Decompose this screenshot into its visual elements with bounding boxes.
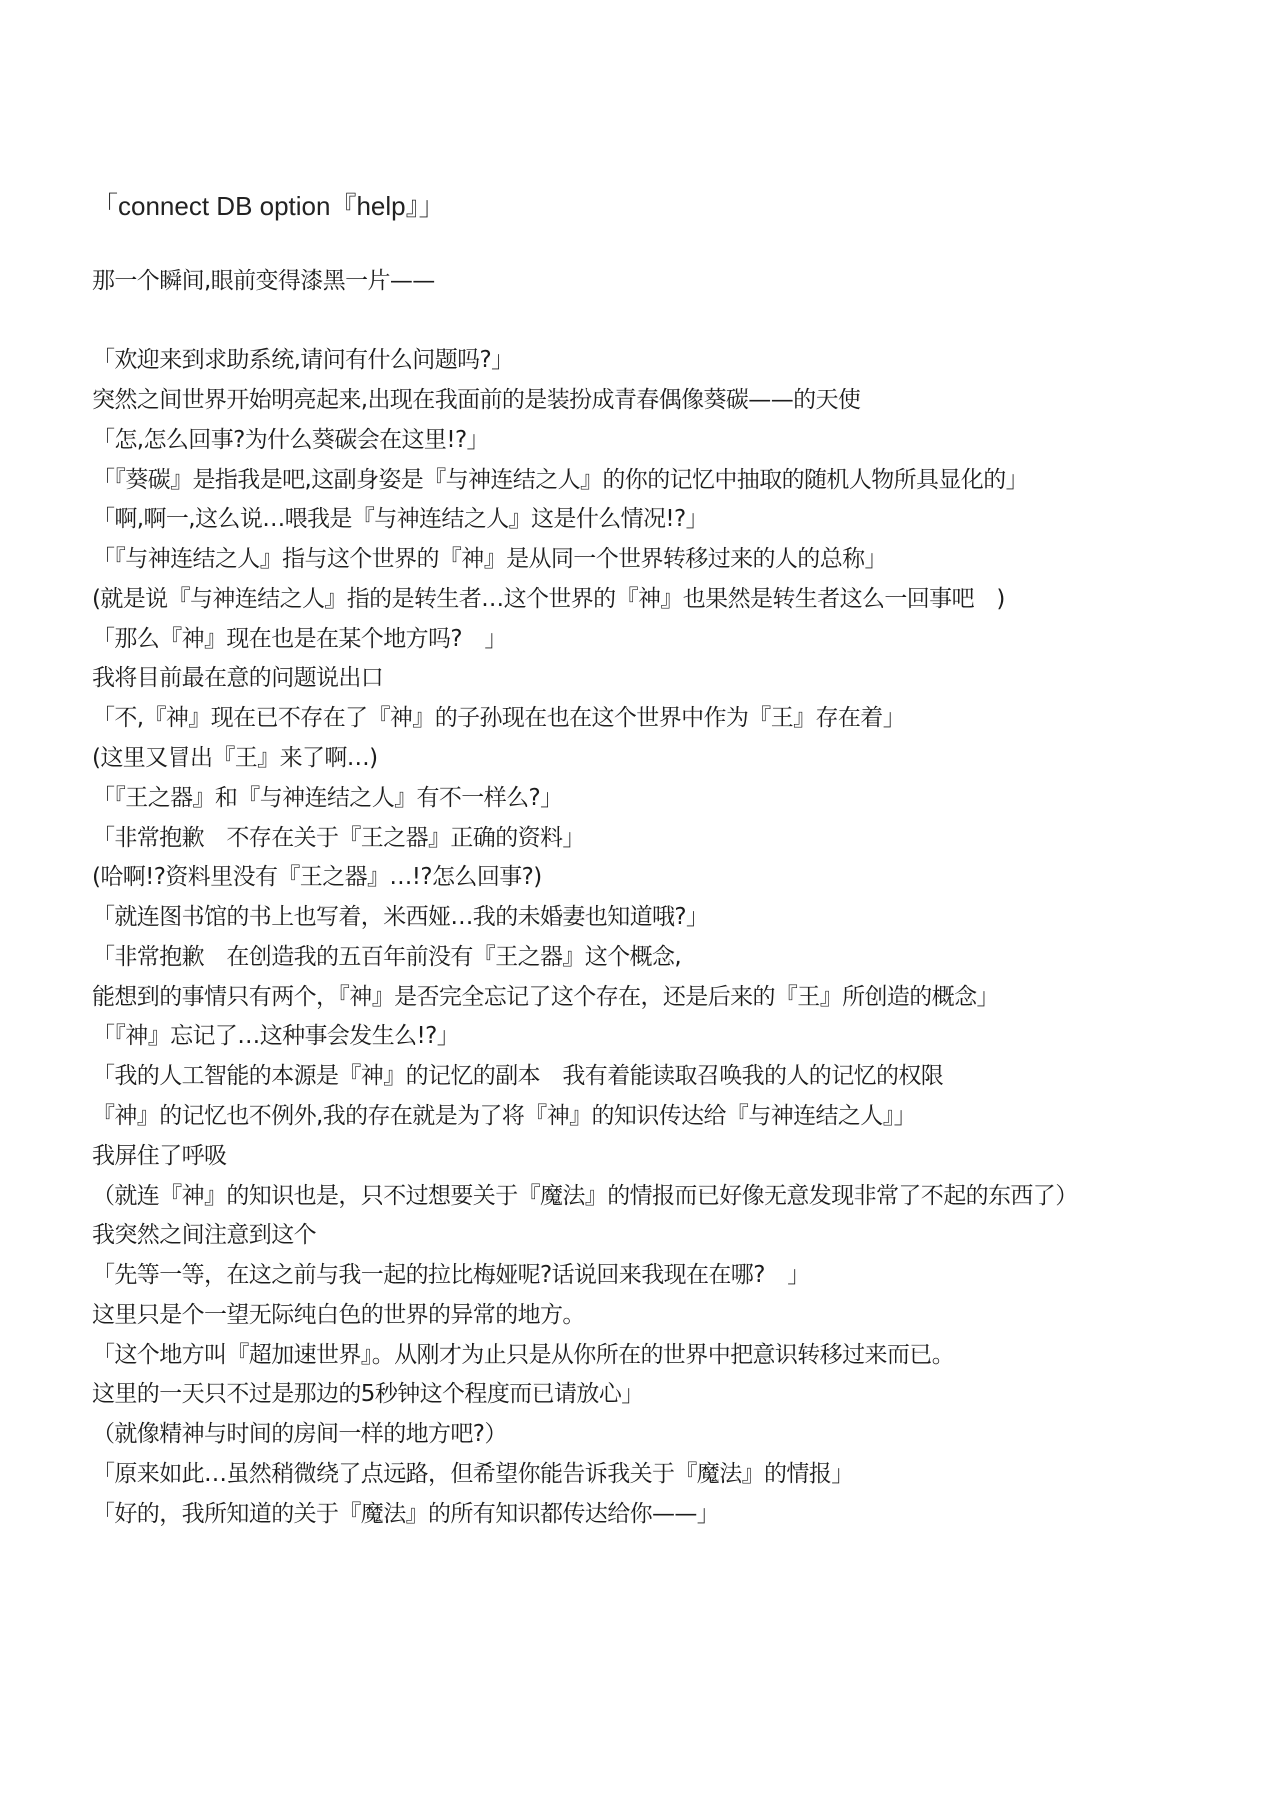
text-line: 「原来如此…虽然稍微绕了点远路，但希望你能告诉我关于『魔法』的情报」 (92, 1459, 854, 1489)
text-line: 「我的人工智能的本源是『神』的记忆的副本 我有着能读取召唤我的人的记忆的权限 (92, 1061, 943, 1091)
text-line: 「『与神连结之人』指与这个世界的『神』是从同一个世界转移过来的人的总称」 (92, 544, 887, 574)
text-line: 「好的，我所知道的关于『魔法』的所有知识都传达给你——」 (92, 1499, 719, 1529)
text-line: 这里的一天只不过是那边的5秒钟这个程度而已请放心」 (92, 1379, 644, 1409)
heading-line: 「connect DB option『help』」 (92, 191, 445, 221)
text-line: 「『葵碳』是指我是吧,这副身姿是『与神连结之人』的你的记忆中抽取的随机人物所具显… (92, 465, 1028, 495)
text-line: 「啊,啊一,这么说…喂我是『与神连结之人』这是什么情况!?」 (92, 504, 708, 534)
text-line: 「这个地方叫『超加速世界』。从刚才为止只是从你所在的世界中把意识转移过来而已。 (92, 1340, 954, 1370)
text-line: （就连『神』的知识也是，只不过想要关于『魔法』的情报而已好像无意发现非常了不起的… (92, 1181, 1078, 1211)
text-line: 我屏住了呼吸 (92, 1141, 226, 1171)
text-line: 突然之间世界开始明亮起来,出现在我面前的是装扮成青春偶像葵碳——的天使 (92, 385, 860, 415)
text-line: 我将目前最在意的问题说出口 (92, 663, 383, 693)
text-line: 「那么『神』现在也是在某个地方吗? 」 (92, 624, 507, 654)
intro-line: 那一个瞬间,眼前变得漆黑一片—— (92, 266, 435, 296)
text-line: 「不,『神』现在已不存在了『神』的子孙现在也在这个世界中作为『王』存在着」 (92, 703, 905, 733)
text-line: 「先等一等，在这之前与我一起的拉比梅娅呢?话说回来我现在在哪? 」 (92, 1260, 810, 1290)
text-line: 「非常抱歉 不存在关于『王之器』正确的资料」 (92, 823, 585, 853)
text-line: 我突然之间注意到这个 (92, 1220, 316, 1250)
text-line: （就像精神与时间的房间一样的地方吧?） (92, 1419, 507, 1449)
text-line: 「欢迎来到求助系统,请问有什么问题吗?」 (92, 345, 514, 375)
text-line: 能想到的事情只有两个，『神』是否完全忘记了这个存在，还是后来的『王』所创造的概念… (92, 982, 999, 1012)
text-line: (哈啊!?资料里没有『王之器』…!?怎么回事?) (92, 862, 542, 892)
text-line: 「非常抱歉 在创造我的五百年前没有『王之器』这个概念, (92, 942, 681, 972)
text-line: 「『王之器』和『与神连结之人』有不一样么?」 (92, 783, 563, 813)
text-line: (就是说『与神连结之人』指的是转生者…这个世界的『神』也果然是转生者这么一回事吧… (92, 584, 1005, 614)
text-line: 「怎,怎么回事?为什么葵碳会在这里!?」 (92, 425, 489, 455)
text-line: 这里只是个一望无际纯白色的世界的异常的地方。 (92, 1300, 585, 1330)
text-line: 「就连图书馆的书上也写着，米西娅…我的未婚妻也知道哦?」 (92, 902, 708, 932)
text-line: 『神』的记忆也不例外,我的存在就是为了将『神』的知识传达给『与神连结之人』」 (92, 1101, 916, 1131)
text-line: 「『神』忘记了…这种事会发生么!?」 (92, 1021, 459, 1051)
text-line: (这里又冒出『王』来了啊…) (92, 743, 378, 773)
